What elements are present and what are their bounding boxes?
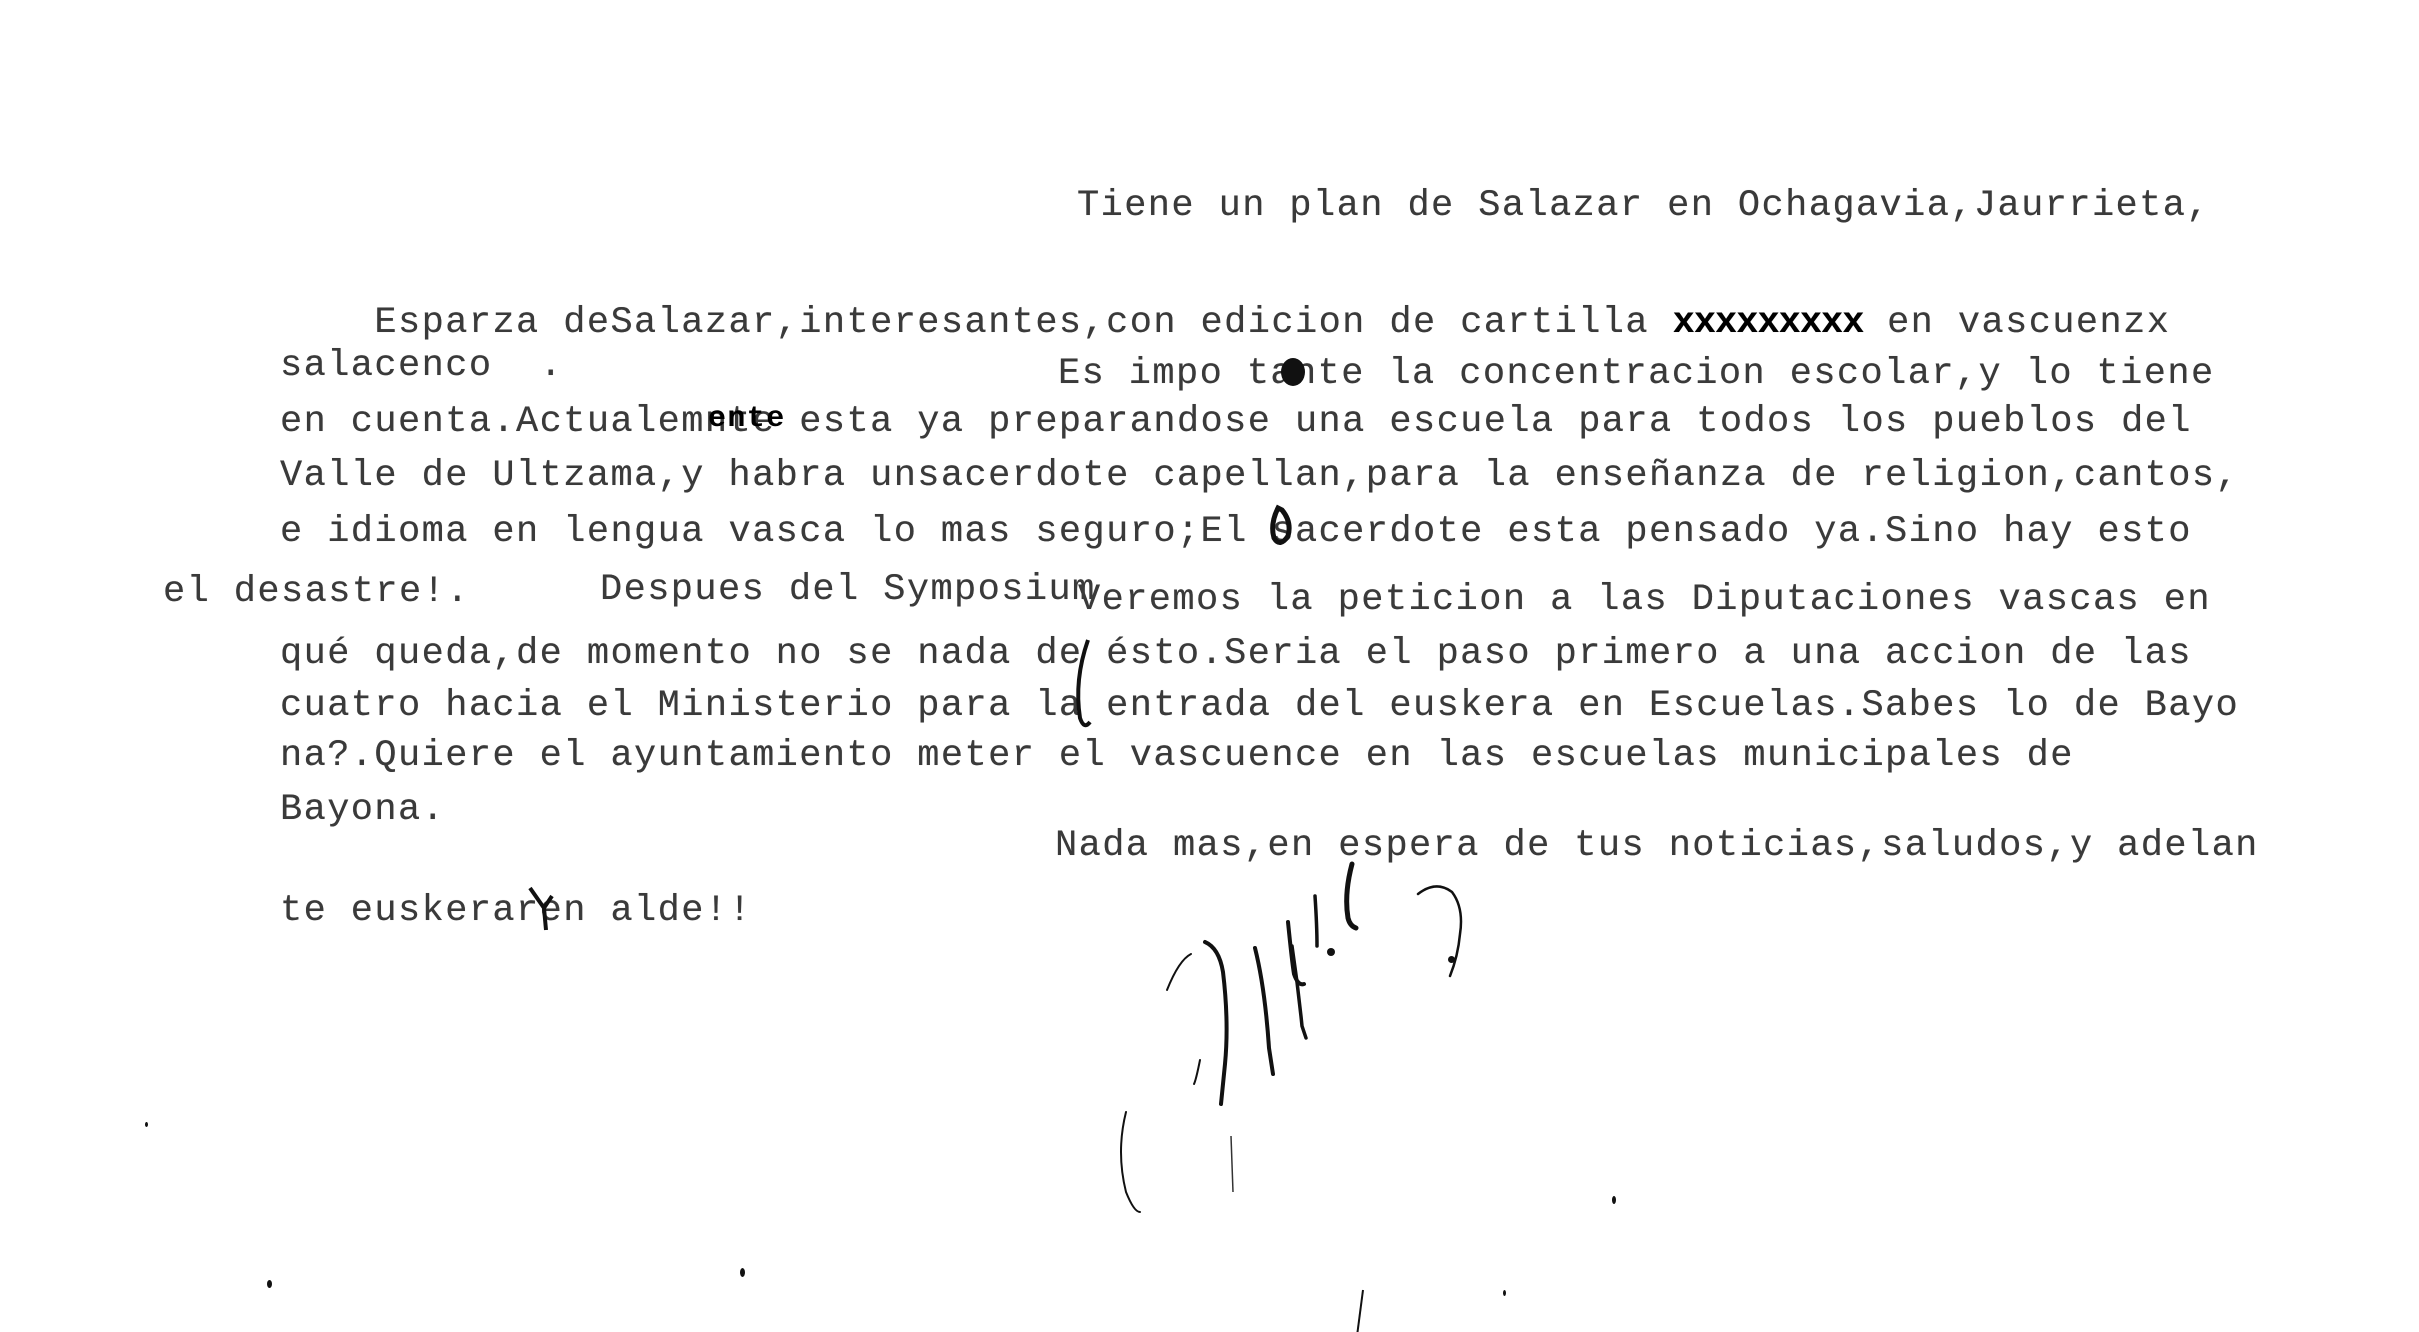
typed-line-3-start: salacenco . — [280, 348, 563, 385]
typed-line-7-end: Despues del Symposium — [600, 572, 1096, 609]
ink-dot — [1448, 956, 1455, 963]
ink-dot — [1612, 1196, 1616, 1204]
typed-line-9: qué queda,de momento no se nada de ésto.… — [280, 636, 2192, 673]
typed-line-4: en cuenta.Actualemnte esta ya preparando… — [280, 404, 2192, 441]
typed-line-8: Veremos la peticion a las Diputaciones v… — [1078, 582, 2211, 619]
typed-line-11: na?.Quiere el ayuntamiento meter el vasc… — [280, 738, 2074, 775]
typed-line-2-start: Esparza deSalazar,interesantes,con edici… — [374, 302, 1672, 344]
typed-line-3-end: Es impo tante la concentracion escolar,y… — [1058, 356, 2215, 393]
typed-line-2-end: en vascuenzx — [1863, 302, 2170, 344]
typed-line-6: e idioma en lengua vasca lo mas seguro;E… — [280, 514, 2192, 551]
ink-dot — [740, 1268, 745, 1277]
letter-page: Tiene un plan de Salazar en Ochagavia,Ja… — [0, 0, 2419, 1332]
typed-line-5: Valle de Ultzama,y habra unsacerdote cap… — [280, 458, 2239, 495]
typed-line-1: Tiene un plan de Salazar en Ochagavia,Ja… — [1077, 188, 2210, 225]
typed-line-14: te euskeraren alde!! — [280, 893, 752, 930]
typed-line-7-start: el desastre!. — [163, 574, 470, 611]
handwritten-correction-ente: ente — [708, 402, 786, 436]
typed-line-10: cuatro hacia el Ministerio para la entra… — [280, 688, 2239, 725]
ink-dot — [1503, 1290, 1506, 1296]
ink-dot — [1327, 948, 1335, 956]
typed-line-12: Bayona. — [280, 792, 445, 829]
ink-dot — [145, 1122, 148, 1127]
signature — [1121, 864, 1461, 1212]
typed-line-13: Nada mas,en espera de tus noticias,salud… — [1055, 828, 2259, 865]
struck-out-text: xxxxxxxxx — [1673, 302, 1864, 344]
ink-dot — [267, 1280, 272, 1288]
